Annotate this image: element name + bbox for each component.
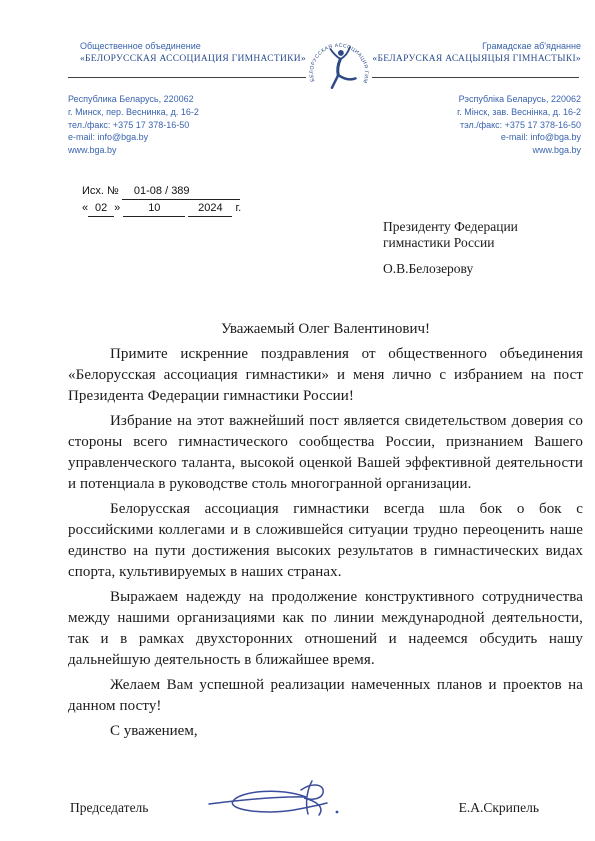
outgoing-number-label: Исх. № (82, 185, 119, 197)
handwritten-signature (206, 774, 361, 822)
signature-row: Председатель Е.А.Скрипель (68, 768, 583, 816)
contact-street-ru: г. Минск, пер. Веснинка, д. 16-2 (68, 106, 199, 119)
outgoing-number-line: Исх. № 01-08 / 389 (82, 183, 583, 200)
signer-name: Е.А.Скрипель (459, 799, 539, 816)
contact-email-ru: e-mail: info@bga.by (68, 131, 199, 144)
reference-block: Исх. № 01-08 / 389 «02» 10 2024 г. (82, 183, 583, 217)
org-block-ru: Общественное объединение «БЕЛОРУССКАЯ АС… (80, 40, 306, 67)
contact-country-by: Рэспубліка Беларусь, 220062 (457, 93, 581, 106)
org-type-by: Грамадскае аб'яднанне (372, 40, 581, 52)
date-year-suffix: г. (235, 202, 241, 214)
org-block-by: Грамадскае аб'яднанне «БЕЛАРУСКАЯ АСАЦЫЯ… (372, 40, 581, 67)
contact-block-ru: Республика Беларусь, 220062 г. Минск, пе… (68, 93, 199, 157)
contact-website-ru: www.bga.by (68, 144, 199, 157)
gymnast-emblem-logo: БЕЛОРУССКАЯ АССОЦИАЦИЯ ГИМНАСТИКИ (306, 35, 372, 101)
letterhead-contacts-row: Республика Беларусь, 220062 г. Минск, пе… (68, 93, 583, 157)
quote-close: » (114, 202, 120, 214)
paragraph-1: Примите искренние поздравления от общест… (68, 344, 583, 407)
closing-line: С уважением, (68, 721, 583, 742)
contact-country-ru: Республика Беларусь, 220062 (68, 93, 199, 106)
org-type-ru: Общественное объединение (80, 40, 306, 52)
outgoing-number-value: 01-08 / 389 (122, 183, 240, 200)
paragraph-5: Желаем Вам успешной реализации намеченны… (68, 675, 583, 717)
divider-line-left (68, 77, 306, 78)
contact-block-by: Рэспубліка Беларусь, 220062 г. Мінск, за… (457, 93, 581, 157)
divider-line-right (372, 77, 579, 78)
date-day: 02 (88, 200, 114, 217)
salutation: Уважаемый Олег Валентинович! (68, 319, 583, 340)
date-year: 2024 (188, 200, 232, 217)
letter-page: Общественное объединение «БЕЛОРУССКАЯ АС… (0, 0, 595, 841)
date-month: 10 (123, 200, 185, 217)
contact-phone-ru: тел./факс: +375 17 378-16-50 (68, 119, 199, 132)
addressee-line1: Президенту Федерации (383, 219, 583, 236)
org-name-by: «БЕЛАРУСКАЯ АСАЦЫЯЦЫЯ ГІМНАСТЫКІ» (372, 52, 581, 67)
org-name-ru: «БЕЛОРУССКАЯ АССОЦИАЦИЯ ГИМНАСТИКИ» (80, 52, 306, 67)
addressee-name: О.В.Белозерову (383, 261, 583, 278)
paragraph-3: Белорусская ассоциация гимнастики всегда… (68, 499, 583, 583)
gymnast-figure-icon (331, 47, 356, 88)
date-line: «02» 10 2024 г. (82, 200, 583, 217)
addressee-line2: гимнастики России (383, 235, 583, 252)
addressee-block: Президенту Федерации гимнастики России О… (383, 219, 583, 278)
contact-website-by: www.bga.by (457, 144, 581, 157)
contact-email-by: e-mail: info@bga.by (457, 131, 581, 144)
paragraph-2: Избрание на этот важнейший пост является… (68, 411, 583, 495)
contact-street-by: г. Мінск, зав. Веснінка, д. 16-2 (457, 106, 581, 119)
letterhead: Общественное объединение «БЕЛОРУССКАЯ АС… (68, 40, 583, 157)
signer-title: Председатель (70, 799, 148, 816)
paragraph-4: Выражаем надежду на продолжение конструк… (68, 587, 583, 671)
contact-phone-by: тэл./факс: +375 17 378-16-50 (457, 119, 581, 132)
